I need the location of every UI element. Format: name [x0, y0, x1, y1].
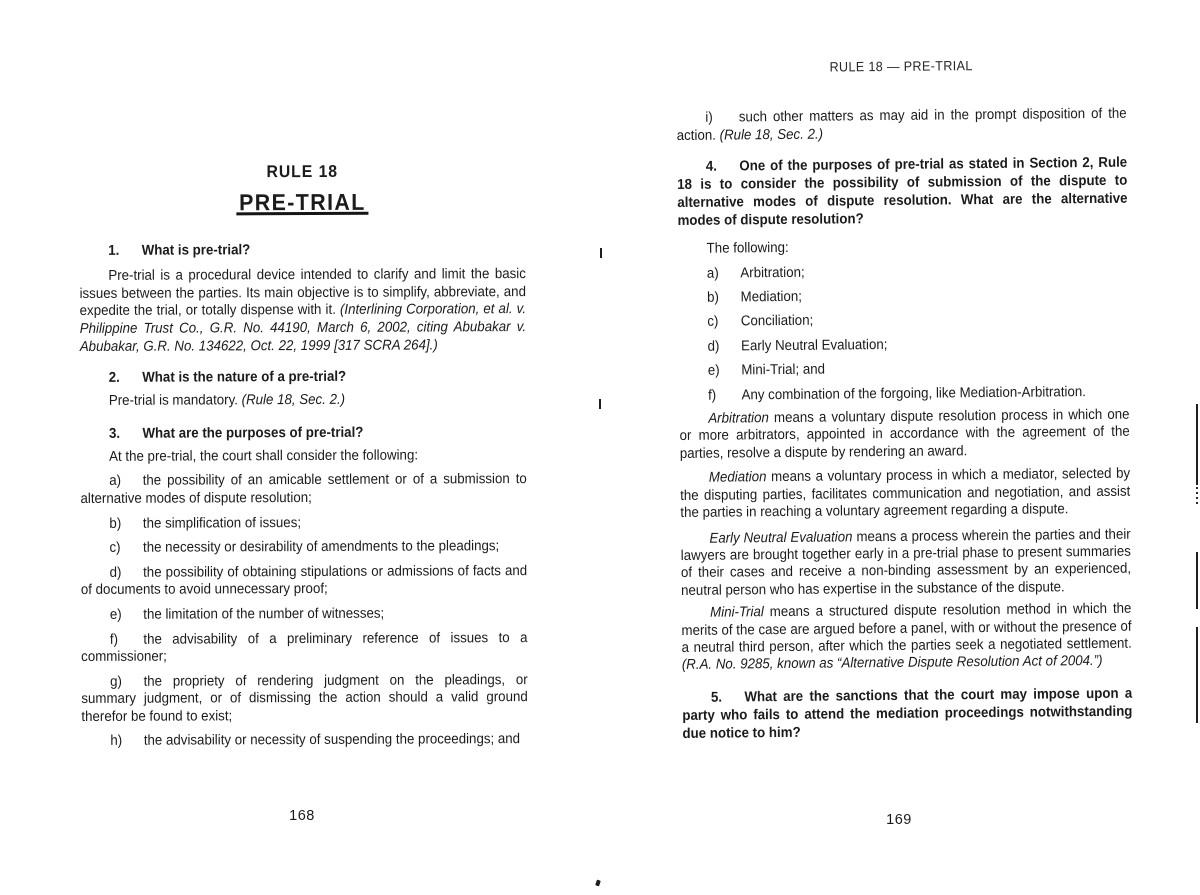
item-text: the limitation of the number of witnesse…: [143, 606, 384, 623]
rule-citation: (Rule 18, Sec. 2.): [720, 126, 824, 143]
adr-item-f: f)Any combination of the forgoing, like …: [679, 383, 1129, 405]
running-header: RULE 18 — PRE-TRIAL: [676, 56, 1126, 78]
paragraph-definition-pretrial: Pre-trial is a procedural device intende…: [79, 266, 526, 356]
item-letter: d): [110, 564, 144, 582]
left-page: RULE 18 PRE-TRIAL 1.What is pre-trial? P…: [79, 162, 528, 751]
question-number: 2.: [109, 369, 143, 387]
question-text: What is pre-trial?: [142, 242, 251, 258]
right-page: RULE 18 — PRE-TRIAL i)such other matters…: [676, 56, 1133, 743]
item-letter: e): [708, 363, 742, 381]
item-text: Early Neutral Evaluation;: [741, 337, 887, 354]
defined-term: Mediation: [709, 469, 767, 486]
question-number: 5.: [711, 688, 745, 706]
item-letter: c): [109, 540, 143, 558]
question-number: 1.: [108, 242, 142, 260]
paragraph-text: Pre-trial is mandatory.: [109, 392, 242, 409]
page-number-right: 169: [676, 812, 1122, 828]
adr-item-d: d)Early Neutral Evaluation;: [679, 335, 1129, 357]
paragraph-following-intro: The following:: [678, 237, 1128, 259]
item-letter: b): [707, 289, 741, 307]
scan-artifact-edge-line-dotted: [1196, 487, 1198, 504]
question-text: What are the sanctions that the court ma…: [682, 685, 1132, 741]
definition-arbitration: Arbitration means a voluntary dispute re…: [679, 407, 1130, 464]
page-title: PRE-TRIAL: [236, 193, 368, 215]
rule-citation: (Rule 18, Sec. 2.): [242, 392, 346, 408]
item-letter: f): [708, 387, 742, 405]
chapter-heading: RULE 18: [79, 162, 525, 182]
question-1: 1.What is pre-trial?: [79, 240, 525, 260]
item-text: the propriety of rendering judgment on t…: [81, 672, 527, 725]
paragraph-purposes-intro: At the pre-trial, the court shall consid…: [80, 447, 526, 467]
definition-mini-trial: Mini-Trial means a structured dispute re…: [681, 601, 1132, 675]
question-text: What are the purposes of pre-trial?: [142, 425, 363, 442]
adr-item-b: b)Mediation;: [678, 286, 1128, 308]
question-5: 5.What are the sanctions that the court …: [682, 684, 1133, 742]
item-letter: i): [705, 110, 739, 128]
question-2: 2.What is the nature of a pre-trial?: [80, 367, 526, 387]
list-item-c: c)the necessity or desirability of amend…: [81, 538, 527, 558]
question-text: What is the nature of a pre-trial?: [142, 369, 346, 386]
item-letter: g): [110, 673, 144, 691]
scan-artifact-gutter-tick: [599, 399, 601, 409]
list-item-a: a)the possibility of an amicable settlem…: [80, 471, 527, 508]
list-item-g: g)the propriety of rendering judgment on…: [81, 672, 528, 727]
paragraph-mandatory: Pre-trial is mandatory. (Rule 18, Sec. 2…: [80, 391, 526, 411]
adr-item-a: a)Arbitration;: [678, 261, 1128, 283]
item-letter: c): [707, 314, 741, 332]
definition-early-neutral-evaluation: Early Neutral Evaluation means a process…: [681, 526, 1132, 600]
page-title-wrap: PRE-TRIAL: [79, 193, 525, 217]
defined-term: Arbitration: [708, 410, 769, 427]
item-letter: d): [708, 338, 742, 356]
item-text: Conciliation;: [741, 313, 814, 330]
list-item-i: i)such other matters as may aid in the p…: [676, 106, 1126, 145]
list-item-d: d)the possibility of obtaining stipulati…: [81, 563, 528, 600]
statute-citation: (R.A. No. 9285, known as “Alternative Di…: [682, 653, 1103, 673]
item-text: the advisability or necessity of suspend…: [144, 732, 520, 750]
item-letter: a): [707, 265, 741, 283]
item-text: the simplification of issues;: [143, 515, 301, 532]
item-text: the necessity or desirability of amendme…: [143, 538, 499, 556]
defined-term: Early Neutral Evaluation: [709, 529, 852, 546]
item-letter: e): [110, 607, 144, 625]
scan-artifact-edge-line: [1196, 404, 1198, 485]
list-item-f: f)the advisability of a preliminary refe…: [81, 630, 528, 667]
definition-mediation: Mediation means a voluntary process in w…: [680, 466, 1131, 523]
question-3: 3.What are the purposes of pre-trial?: [80, 423, 526, 443]
item-text: the possibility of obtaining stipulation…: [81, 563, 527, 599]
item-letter: b): [109, 515, 143, 533]
item-text: Mini-Trial; and: [741, 362, 825, 379]
item-letter: h): [110, 733, 144, 751]
list-item-h: h)the advisability or necessity of suspe…: [81, 732, 527, 752]
item-letter: f): [110, 631, 144, 649]
page-number-left: 168: [79, 808, 525, 824]
item-text: Arbitration;: [740, 264, 804, 281]
scan-artifact-edge-line: [1196, 552, 1198, 609]
adr-item-c: c)Conciliation;: [678, 310, 1128, 332]
scan-artifact-speck: [595, 880, 601, 887]
item-text: Mediation;: [741, 289, 803, 306]
scan-artifact-edge-line: [1196, 627, 1198, 723]
question-number: 3.: [109, 424, 143, 442]
list-item-b: b)the simplification of issues;: [81, 514, 527, 534]
question-4: 4.One of the purposes of pre-trial as st…: [677, 154, 1128, 230]
list-item-e: e)the limitation of the number of witnes…: [81, 605, 527, 625]
scan-artifact-gutter-tick: [600, 248, 602, 258]
question-number: 4.: [706, 158, 740, 176]
item-letter: a): [109, 473, 143, 491]
item-text: the possibility of an amicable settlemen…: [80, 471, 526, 507]
item-text: the advisability of a preliminary refere…: [81, 630, 527, 666]
defined-term: Mini-Trial: [710, 604, 764, 621]
question-text: One of the purposes of pre-trial as stat…: [677, 155, 1127, 229]
adr-item-e: e)Mini-Trial; and: [679, 359, 1129, 381]
item-text: Any combination of the forgoing, like Me…: [741, 384, 1086, 403]
